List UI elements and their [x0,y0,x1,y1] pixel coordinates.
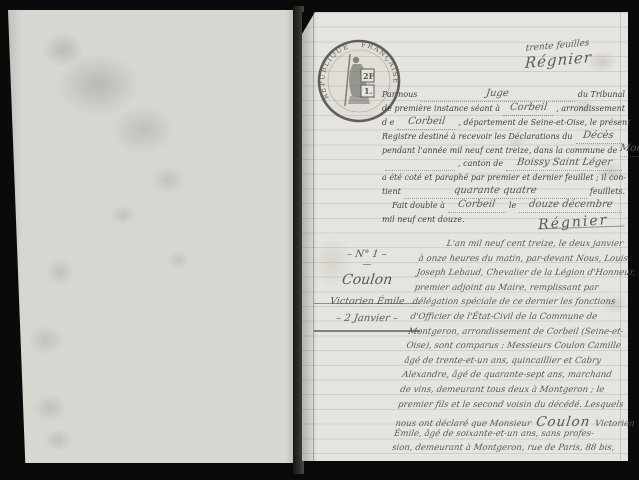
act-text-line: Joseph Lebaud, Chevalier de la Légion d'… [415,268,639,283]
register-opening-form: Par nous Juge du Tribunal de première in… [382,90,625,229]
form-fill: Corbeil [509,102,548,113]
act-text-line: premier fils et le second voisin du décé… [397,400,621,415]
act-text-line: L'an mil neuf cent treize, le deux janvi… [419,239,639,254]
deceased-name-emphasis: Coulon [535,414,592,430]
form-line: , canton de Boissy Saint Léger [382,159,625,173]
register-scan: RÉPUBLIQUE FRANÇAISE 2F 1. trente feuill… [0,0,639,480]
blank-left-page [8,10,296,463]
form-printed-text: feuillets. [590,187,625,196]
form-blank: Décès [576,133,622,144]
act-text-line: sion, demeurant à Montgeron, rue de Pari… [391,443,615,458]
form-printed-text: mil neuf cent douze. [382,215,465,224]
form-printed-text: de première instance séant à [382,104,500,113]
form-blank: Corbeil [448,202,506,213]
stamp-value-lower: 1. [364,86,373,96]
form-printed-text: Fait double à [392,201,445,210]
form-printed-text: d e [382,118,394,127]
act-text-line: à onze heures du matin, par-devant Nous,… [417,254,639,269]
form-printed-text: Par nous [382,90,417,99]
act-text-line: délégation spéciale de ce dernier les fo… [411,297,635,312]
form-printed-text: , canton de [458,159,503,168]
form-fill: Corbeil [407,116,446,127]
death-act-body: L'an mil neuf cent treize, le deux janvi… [391,239,639,458]
act-date: – 2 Janvier – [313,313,421,324]
form-blank [385,160,455,171]
form-blank: Corbeil [397,119,455,130]
form-fill: Corbeil [458,199,497,210]
form-printed-text: du Tribunal [578,90,625,99]
form-blank: Montgeron [620,146,639,157]
act-number: – N° 1 – [346,249,387,260]
form-line: Registre destiné à recevoir les Déclarat… [382,132,625,146]
margin-divider-line [314,330,420,332]
form-printed-text: Registre destiné à recevoir les Déclarat… [382,132,573,141]
form-fill: Montgeron [620,143,639,154]
form-blank: Boissy Saint Léger [506,160,622,171]
form-fill: Décès [583,130,615,141]
act-text-line: Émile, âgé de soixante-et-un ans, sans p… [393,429,617,444]
act-text-line: premier adjoint au Maire, remplissant pa… [413,283,637,298]
registration-annotation: trente feuilles Régnier [497,31,619,72]
form-blank: quarante quatre [404,188,587,199]
form-fill: Boissy Saint Léger [516,157,613,168]
act-text-segment: nous ont déclaré que Monsieur [395,419,532,429]
form-printed-text: , arrondissement [556,104,625,113]
form-fill: Juge [485,88,509,99]
act-text-line: d'Officier de l'État-Civil de la Commune… [409,312,633,327]
form-printed-text: , département de Seine-et-Oise, le prése… [458,118,630,127]
form-fill: quarante quatre [453,185,537,196]
act-text-line: nous ont déclaré que Monsieur Coulon Vic… [395,414,619,429]
margin-separator: — [314,261,420,269]
act-text-line: Alexandre, âgé de quarante-sept ans, mar… [401,370,625,385]
form-printed-text: pendant l'année mil neuf cent treize, da… [382,146,617,155]
form-printed-text: a été coté et paraphé par premier et der… [382,173,626,182]
act-text-line: âgé de trente-et-un ans, quincaillier et… [403,356,627,371]
deceased-surname: Coulon [341,272,393,289]
form-printed-text: tient [382,187,401,196]
form-blank: Juge [420,91,574,102]
act-text-line: Montgeron, arrondissement de Corbeil (Se… [407,327,631,342]
act-text-segment: Victorien [594,419,635,429]
act-text-line: Oise), sont comparus : Messieurs Coulon … [405,341,629,356]
form-fill: douze décembre [528,199,613,210]
act-text-line: de vins, demeurant tous deux à Montgeron… [399,385,623,400]
form-blank: Corbeil [503,105,553,116]
form-printed-text: le [509,201,516,210]
annotation-signature: Régnier [525,51,593,70]
form-line: Par nous Juge du Tribunal [382,90,625,104]
act-margin-column: – N° 1 – — Coulon Victorien Émile [314,242,420,308]
margin-rule-line [313,12,314,461]
stamp-value-upper: 2F [363,71,375,81]
deceased-given-names: Victorien Émile [329,296,405,308]
register-title-page: RÉPUBLIQUE FRANÇAISE 2F 1. trente feuill… [302,12,628,461]
margin-divider-line [314,303,420,304]
